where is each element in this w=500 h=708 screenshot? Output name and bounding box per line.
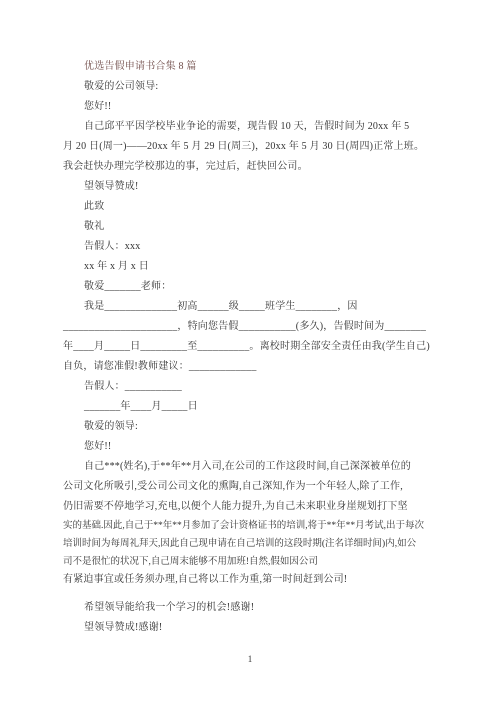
document-line: 自己邱平平因学校毕业争论的需要，现告假 10 天，告假时间为 20xx 年 5 <box>63 117 447 137</box>
date-line: xx 年 x 月 x 日 <box>63 257 447 277</box>
date-line: _______年____月_____日 <box>63 397 447 417</box>
document-line: 仍旧需要不停地学习,充电,以便个人能力提升,为自己未来职业身崖规划打下坚 <box>63 497 447 517</box>
document-line: 实的基础.因此,自己于**年**月参加了会计资格证书的培训,将于**年**月考试… <box>63 517 447 535</box>
document-line: 我是______________初高______级_____班学生_______… <box>63 297 447 317</box>
document-line: 自己***(姓名),于**年**月入司,在公司的工作这段时间,自己深深被单位的 <box>63 457 447 477</box>
document-line: 司不是很忙的状况下,自己周末能够不用加班!自然,假如因公司 <box>63 553 447 571</box>
greeting-line: 您好!! <box>63 97 447 117</box>
document-line: 望领导赞成! <box>63 177 447 197</box>
document-line: ______________________，特向您告假___________(… <box>63 317 447 337</box>
closing-line: 此致 <box>63 197 447 217</box>
document-page: 优选告假申请书合集 8 篇 敬爱的公司领导: 您好!! 自己邱平平因学校毕业争论… <box>0 0 500 708</box>
document-line: 培训时间为每周礼拜天,因此自己现申请在自己培训的这段时期(注名详细时间)内,如公 <box>63 535 447 553</box>
salutation-line: 敬爱的领导: <box>63 417 447 437</box>
salutation-line: 敬爱的公司领导: <box>63 77 447 97</box>
document-line: 望领导赞成!感谢! <box>63 618 447 638</box>
salutation-line: 敬爱_______老师： <box>63 277 447 297</box>
page-number: 1 <box>0 654 500 664</box>
document-line: 有紧迫事宜或任务须办理,自己将以工作为重,第一时间赶到公司! <box>63 571 447 589</box>
document-body: 优选告假申请书合集 8 篇 敬爱的公司领导: 您好!! 自己邱平平因学校毕业争论… <box>63 57 447 638</box>
closing-line: 敬礼 <box>63 217 447 237</box>
document-title: 优选告假申请书合集 8 篇 <box>63 57 447 77</box>
signature-line: 告假人：___________ <box>63 377 447 397</box>
document-line: 年____月_____日_________至__________。离校时期全部安… <box>63 337 447 357</box>
document-line: 月 20 日(周一)——20xx 年 5 月 29 日(周三)，20xx 年 5… <box>63 137 447 157</box>
signature-line: 告假人：xxx <box>63 237 447 257</box>
document-line: 自负，请您准假!教师建议：_____________ <box>63 357 447 377</box>
greeting-line: 您好!! <box>63 437 447 457</box>
document-line: 我会赶快办理完学校那边的事，完过后，赶快回公司。 <box>63 157 447 177</box>
document-line: 希望领导能给我一个学习的机会!感谢! <box>63 598 447 618</box>
document-line: 公司文化所吸引,受公司公司文化的熏陶,自己深知,作为一个年轻人,除了工作, <box>63 477 447 497</box>
